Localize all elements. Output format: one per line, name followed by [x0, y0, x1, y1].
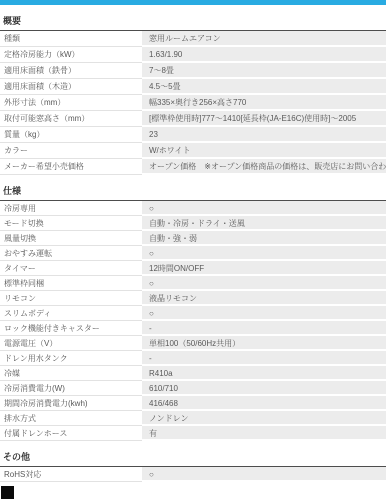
- spec-row-label: 取付可能窓高さ（mm）: [0, 111, 142, 127]
- spec-row-value: 自動・強・弱: [142, 231, 386, 246]
- spec-row: メーカー希望小売価格 オープン価格 ※オープン価格商品の価格は、販売店にお問い合…: [0, 159, 386, 175]
- spec-row: おやすみ運転 ○: [0, 246, 386, 261]
- spec-row-value: 液晶リモコン: [142, 291, 386, 306]
- spec-row-value: ○: [142, 201, 386, 216]
- spec-row-value: [標準枠使用時]777～1410[延長枠(JA-E16C)使用時]～2005: [142, 111, 386, 127]
- spec-row-value: 23: [142, 127, 386, 143]
- spec-row-value: ○: [142, 276, 386, 291]
- spec-row-value: 416/468: [142, 396, 386, 411]
- spec-row: 排水方式 ノンドレン: [0, 411, 386, 426]
- spec-row: 付属ドレンホース 有: [0, 426, 386, 441]
- spec-row-value: 自動・冷房・ドライ・送風: [142, 216, 386, 231]
- spec-row-value: 窓用ルームエアコン: [142, 31, 386, 47]
- spec-row: RoHS対応 ○: [0, 467, 386, 482]
- spec-row-label: 電源電圧（V）: [0, 336, 142, 351]
- spec-row-value: 幅335×奥行き256×高さ770: [142, 95, 386, 111]
- spec-row-value: 単相100（50/60Hz共用）: [142, 336, 386, 351]
- spec-row-label: 風量切換: [0, 231, 142, 246]
- spec-row: 標準枠同梱 ○: [0, 276, 386, 291]
- spec-row-value: R410a: [142, 366, 386, 381]
- spec-row: モード切換 自動・冷房・ドライ・送風: [0, 216, 386, 231]
- spec-row: 冷媒 R410a: [0, 366, 386, 381]
- spec-row-label: RoHS対応: [0, 467, 142, 482]
- spec-row: 電源電圧（V） 単相100（50/60Hz共用）: [0, 336, 386, 351]
- spec-row-label: 冷房消費電力(W): [0, 381, 142, 396]
- spec-row-label: ロック機能付きキャスター: [0, 321, 142, 336]
- spec-row: 冷房専用 ○: [0, 201, 386, 216]
- spec-row-label: 期間冷房消費電力(kwh): [0, 396, 142, 411]
- spec-row-label: おやすみ運転: [0, 246, 142, 261]
- spec-row-label: 冷媒: [0, 366, 142, 381]
- spec-row: 風量切換 自動・強・弱: [0, 231, 386, 246]
- spec-row: 冷房消費電力(W) 610/710: [0, 381, 386, 396]
- spec-row: 期間冷房消費電力(kwh) 416/468: [0, 396, 386, 411]
- spec-row-value: 7～8畳: [142, 63, 386, 79]
- spec-row-label: 種類: [0, 31, 142, 47]
- spec-row-label: 適用床面積（木造）: [0, 79, 142, 95]
- corner-black-square: [1, 486, 14, 499]
- spec-row-label: ドレン用水タンク: [0, 351, 142, 366]
- spec-row-value: ○: [142, 306, 386, 321]
- spec-row-value: 1.63/1.90: [142, 47, 386, 63]
- spec-row: 種類 窓用ルームエアコン: [0, 31, 386, 47]
- spec-row-value: ノンドレン: [142, 411, 386, 426]
- spec-row-value: 610/710: [142, 381, 386, 396]
- spec-row: 外形寸法（mm） 幅335×奥行き256×高さ770: [0, 95, 386, 111]
- spec-row-value: -: [142, 351, 386, 366]
- section-title: 概要: [0, 14, 386, 31]
- spec-section: 仕様 冷房専用 ○ モード切換 自動・冷房・ドライ・送風 風量切換 自動・強・弱…: [0, 184, 386, 441]
- spec-row: カラー W/ホワイト: [0, 143, 386, 159]
- spec-row: 適用床面積（木造） 4.5～5畳: [0, 79, 386, 95]
- spec-section: 概要 種類 窓用ルームエアコン 定格冷房能力（kW） 1.63/1.90 適用床…: [0, 14, 386, 175]
- spec-row-value: -: [142, 321, 386, 336]
- spec-section: その他 RoHS対応 ○: [0, 450, 386, 482]
- section-rows: 冷房専用 ○ モード切換 自動・冷房・ドライ・送風 風量切換 自動・強・弱 おや…: [0, 201, 386, 441]
- section-title: その他: [0, 450, 386, 467]
- spec-row: リモコン 液晶リモコン: [0, 291, 386, 306]
- spec-row-value: ○: [142, 467, 386, 482]
- spec-row-label: タイマー: [0, 261, 142, 276]
- spec-row-label: スリムボディ: [0, 306, 142, 321]
- section-rows: 種類 窓用ルームエアコン 定格冷房能力（kW） 1.63/1.90 適用床面積（…: [0, 31, 386, 175]
- spec-row-label: モード切換: [0, 216, 142, 231]
- spec-row-value: ○: [142, 246, 386, 261]
- spec-row-label: 定格冷房能力（kW）: [0, 47, 142, 63]
- spec-row-value: 12時間ON/OFF: [142, 261, 386, 276]
- spec-row: 適用床面積（鉄骨） 7～8畳: [0, 63, 386, 79]
- spec-row-label: カラー: [0, 143, 142, 159]
- spec-row: 取付可能窓高さ（mm） [標準枠使用時]777～1410[延長枠(JA-E16C…: [0, 111, 386, 127]
- spec-row: ロック機能付きキャスター -: [0, 321, 386, 336]
- spec-row-label: 標準枠同梱: [0, 276, 142, 291]
- section-rows: RoHS対応 ○: [0, 467, 386, 482]
- spec-row-label: 冷房専用: [0, 201, 142, 216]
- spec-row: ドレン用水タンク -: [0, 351, 386, 366]
- spec-row-label: リモコン: [0, 291, 142, 306]
- top-accent-bar: [0, 0, 386, 5]
- spec-row-label: 外形寸法（mm）: [0, 95, 142, 111]
- spec-row-label: メーカー希望小売価格: [0, 159, 142, 175]
- spec-row-value: W/ホワイト: [142, 143, 386, 159]
- spec-row: スリムボディ ○: [0, 306, 386, 321]
- spec-row: 定格冷房能力（kW） 1.63/1.90: [0, 47, 386, 63]
- spec-row-value: 4.5～5畳: [142, 79, 386, 95]
- spec-row-label: 質量（kg）: [0, 127, 142, 143]
- spec-row-value: オープン価格 ※オープン価格商品の価格は、販売店にお問い合わせ下さい。: [142, 159, 386, 175]
- spec-sections: 概要 種類 窓用ルームエアコン 定格冷房能力（kW） 1.63/1.90 適用床…: [0, 14, 386, 482]
- spec-row-label: 適用床面積（鉄骨）: [0, 63, 142, 79]
- section-title: 仕様: [0, 184, 386, 201]
- spec-row: 質量（kg） 23: [0, 127, 386, 143]
- product-spec-page: 概要 種類 窓用ルームエアコン 定格冷房能力（kW） 1.63/1.90 適用床…: [0, 0, 386, 500]
- spec-row-label: 付属ドレンホース: [0, 426, 142, 441]
- spec-row: タイマー 12時間ON/OFF: [0, 261, 386, 276]
- spec-row-label: 排水方式: [0, 411, 142, 426]
- spec-row-value: 有: [142, 426, 386, 441]
